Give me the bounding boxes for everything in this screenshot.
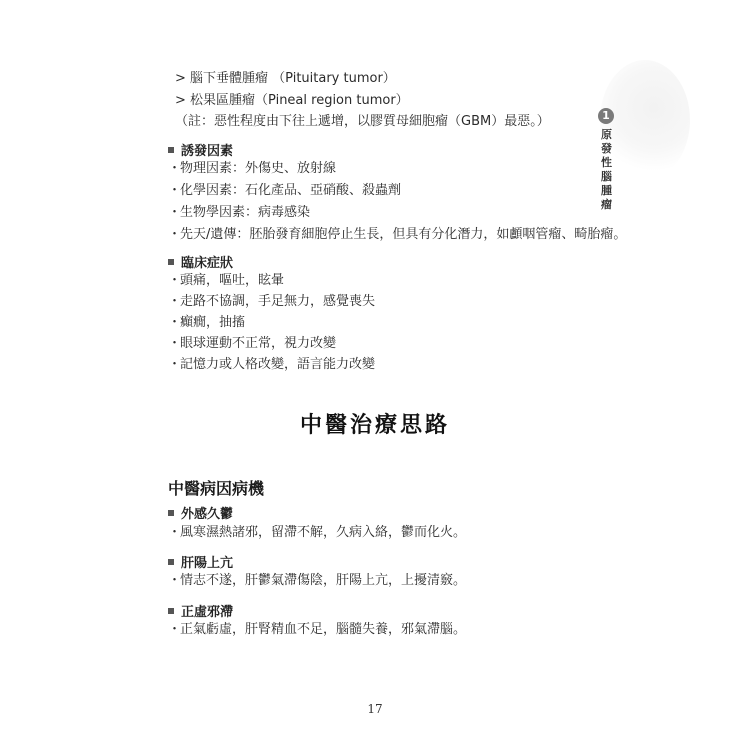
list-item: ・物理因素：外傷史、放射線 — [168, 160, 336, 178]
tcm-heading-external: 外感久鬱 — [168, 503, 233, 522]
dot-bullet-icon: ・ — [168, 182, 180, 200]
list-item: ・頭痛，嘔吐，眩暈 — [168, 272, 284, 290]
list-item-text: 生物學因素：病毒感染 — [180, 205, 310, 220]
list-item-text: 正氣虧虛，肝腎精血不足，腦髓失養，邪氣滯腦。 — [180, 622, 466, 637]
list-item-text: 癲癇，抽搐 — [180, 315, 245, 330]
list-item: ・正氣虧虛，肝腎精血不足，腦髓失養，邪氣滯腦。 — [168, 621, 466, 639]
section-heading-text: 正虛邪滯 — [181, 605, 233, 620]
list-item: ・情志不遂，肝鬱氣滯傷陰，肝陽上亢，上擾清竅。 — [168, 572, 466, 590]
list-item: ・生物學因素：病毒感染 — [168, 204, 310, 222]
list-item: ・風寒濕熱諸邪，留滯不解，久病入絡，鬱而化火。 — [168, 524, 466, 542]
section-heading-symptoms: 臨床症狀 — [168, 252, 233, 271]
book-page: 1 原發性腦腫瘤 > 腦下垂體腫瘤 （Pituitary tumor） > 松果… — [0, 0, 750, 750]
square-bullet-icon — [168, 147, 174, 153]
list-item-text: 化學因素：石化產品、亞硝酸、殺蟲劑 — [180, 183, 401, 198]
dot-bullet-icon: ・ — [168, 160, 180, 178]
section-heading-text: 誘發因素 — [181, 144, 233, 159]
list-item-text: 風寒濕熱諸邪，留滯不解，久病入絡，鬱而化火。 — [180, 525, 466, 540]
sub-title: 中醫病因病機 — [168, 476, 264, 499]
list-item-text: 先天/遺傳：胚胎發育細胞停止生長，但具有分化潛力，如顱咽管瘤、畸胎瘤。 — [180, 227, 626, 242]
dot-bullet-icon: ・ — [168, 572, 180, 590]
tcm-heading-liver-yang: 肝陽上亢 — [168, 552, 233, 571]
section-heading-causes: 誘發因素 — [168, 140, 233, 159]
chapter-side-tab: 1 原發性腦腫瘤 — [570, 60, 690, 240]
section-heading-text: 肝陽上亢 — [181, 556, 233, 571]
tumor-type-pituitary: > 腦下垂體腫瘤 （Pituitary tumor） — [175, 70, 396, 88]
list-item: ・先天/遺傳：胚胎發育細胞停止生長，但具有分化潛力，如顱咽管瘤、畸胎瘤。 — [168, 226, 626, 244]
dot-bullet-icon: ・ — [168, 226, 180, 244]
dot-bullet-icon: ・ — [168, 335, 180, 353]
list-item: ・化學因素：石化產品、亞硝酸、殺蟲劑 — [168, 182, 401, 200]
tcm-heading-deficiency: 正虛邪滯 — [168, 601, 233, 620]
list-item-text: 頭痛，嘔吐，眩暈 — [180, 273, 284, 288]
list-item: ・走路不協調，手足無力，感覺喪失 — [168, 293, 375, 311]
dot-bullet-icon: ・ — [168, 524, 180, 542]
dot-bullet-icon: ・ — [168, 272, 180, 290]
square-bullet-icon — [168, 259, 174, 265]
square-bullet-icon — [168, 510, 174, 516]
tumor-type-pineal: > 松果區腫瘤（Pineal region tumor） — [175, 92, 409, 110]
dot-bullet-icon: ・ — [168, 293, 180, 311]
chapter-title-vertical: 原發性腦腫瘤 — [600, 128, 613, 212]
list-item: ・眼球運動不正常，視力改變 — [168, 335, 336, 353]
list-item-text: 眼球運動不正常，視力改變 — [180, 336, 336, 351]
dot-bullet-icon: ・ — [168, 314, 180, 332]
floral-decoration-icon — [600, 60, 690, 180]
list-item-text: 情志不遂，肝鬱氣滯傷陰，肝陽上亢，上擾清竅。 — [180, 573, 466, 588]
dot-bullet-icon: ・ — [168, 621, 180, 639]
main-title: 中醫治療思路 — [0, 408, 750, 439]
list-item-text: 物理因素：外傷史、放射線 — [180, 161, 336, 176]
square-bullet-icon — [168, 608, 174, 614]
malignancy-note: （註：惡性程度由下往上遞增，以膠質母細胞瘤（GBM）最惡。） — [175, 113, 550, 131]
page-number: 17 — [0, 702, 750, 716]
list-item: ・癲癇，抽搐 — [168, 314, 245, 332]
section-heading-text: 臨床症狀 — [181, 256, 233, 271]
section-heading-text: 外感久鬱 — [181, 507, 233, 522]
square-bullet-icon — [168, 559, 174, 565]
list-item-text: 記憶力或人格改變，語言能力改變 — [180, 357, 375, 372]
list-item: ・記憶力或人格改變，語言能力改變 — [168, 356, 375, 374]
list-item-text: 走路不協調，手足無力，感覺喪失 — [180, 294, 375, 309]
dot-bullet-icon: ・ — [168, 356, 180, 374]
dot-bullet-icon: ・ — [168, 204, 180, 222]
chapter-number-badge: 1 — [598, 108, 614, 124]
